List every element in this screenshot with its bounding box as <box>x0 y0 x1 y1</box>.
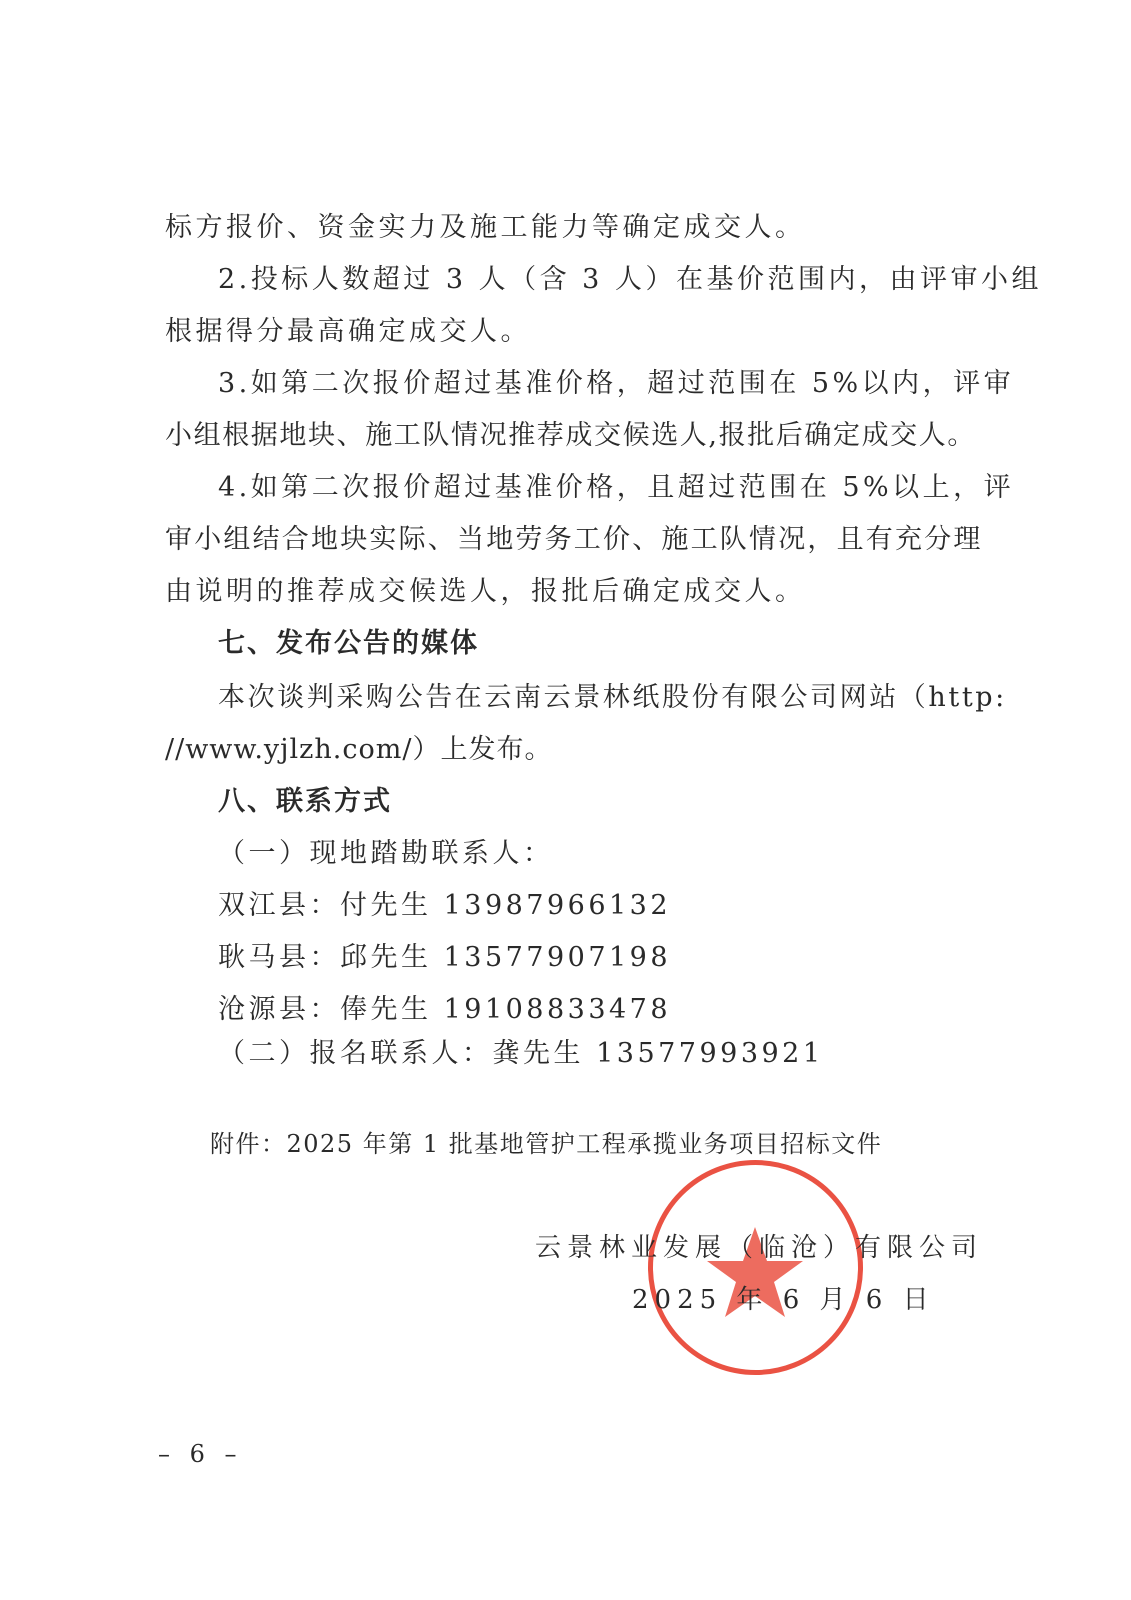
contact-line: 耿马县：邱先生 13577907198 <box>218 942 671 974</box>
paragraph-line: 由说明的推荐成交候选人，报批后确定成交人。 <box>165 576 806 608</box>
website-link-text: //www.yjlzh.com/）上发布。 <box>165 734 552 766</box>
paragraph-line: 2.投标人数超过 3 人（含 3 人）在基价范围内，由评审小组 <box>218 264 1042 296</box>
paragraph-line: 标方报价、资金实力及施工能力等确定成交人。 <box>165 212 806 244</box>
signature-date: 2025 年 6 月 6 日 <box>632 1284 935 1316</box>
paragraph-line: 本次谈判采购公告在云南云景林纸股份有限公司网站（http: <box>218 682 1007 714</box>
paragraph-line: 审小组结合地块实际、当地劳务工价、施工队情况，且有充分理 <box>165 524 983 556</box>
company-seal <box>648 1160 863 1375</box>
paragraph-line: 小组根据地块、施工队情况推荐成交候选人,报批后确定成交人。 <box>165 420 976 452</box>
paragraph-line: 4.如第二次报价超过基准价格，且超过范围在 5%以上，评 <box>218 472 1014 504</box>
seal-star-icon <box>653 1165 858 1370</box>
paragraph-line: 3.如第二次报价超过基准价格，超过范围在 5%以内，评审 <box>218 368 1014 400</box>
subheading-site-contact: （一）现地踏勘联系人： <box>218 838 554 870</box>
paragraph-line: 根据得分最高确定成交人。 <box>165 316 531 348</box>
section-heading-media: 七、发布公告的媒体 <box>218 628 479 660</box>
contact-line: 沧源县：俸先生 19108833478 <box>218 994 671 1026</box>
page-number: – 6 – <box>158 1440 243 1468</box>
section-heading-contact: 八、联系方式 <box>218 786 392 818</box>
subheading-registration-contact: （二）报名联系人：龚先生 13577993921 <box>218 1038 824 1070</box>
attachment-note: 附件：2025 年第 1 批基地管护工程承揽业务项目招标文件 <box>210 1128 882 1160</box>
contact-line: 双江县：付先生 13987966132 <box>218 890 671 922</box>
signature-company: 云景林业发展（临沧）有限公司 <box>535 1232 983 1264</box>
